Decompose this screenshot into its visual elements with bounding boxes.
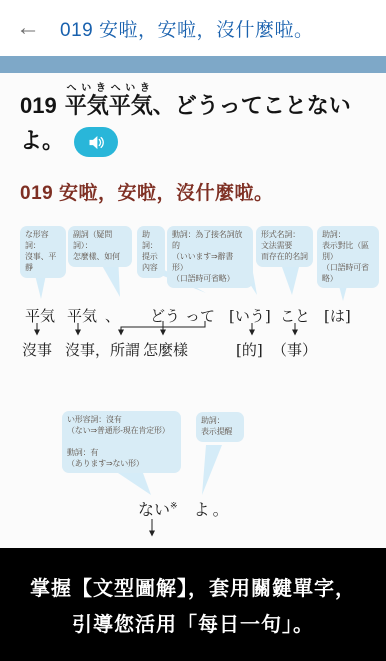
jp-word: 平気: [67, 305, 97, 326]
jp-word: よ: [194, 500, 210, 519]
audio-play-button[interactable]: [74, 127, 118, 157]
jp-word: こと: [280, 305, 310, 326]
sentence-block: 019平気へいき平気へいき、どうってことないよ。: [0, 73, 386, 158]
chinese-translation: 019 安啦，安啦，沒什麼啦。: [0, 178, 386, 205]
zh-word: [的]: [236, 339, 263, 360]
grammar-box: 助詞： 表示提醒: [196, 412, 244, 442]
jp-word: 、: [105, 305, 120, 326]
grammar-box: い形容詞：沒有 （ない⇒普通形-現在肯定形） 動詞：有 （あります⇒ない形）: [62, 411, 181, 473]
grammar-box: 助詞： 表示對比（區別） （口語時可省略）: [317, 226, 379, 288]
note-asterisk: ※: [170, 502, 178, 512]
ruby-word-2: 平気へいき: [109, 93, 153, 118]
sentence-number: 019: [20, 93, 57, 118]
zh-word: （事）: [272, 339, 317, 360]
ruby-word-1: 平気へいき: [65, 93, 109, 118]
zh-word: 沒事: [22, 339, 52, 360]
grammar-box: な形容詞： 沒事、平靜: [20, 226, 66, 277]
jp-word: って: [185, 305, 215, 326]
caption-line-2: 引導您活用「每日一句」。: [72, 608, 314, 637]
jp-word: 平気: [25, 305, 55, 326]
speaker-icon: [86, 132, 107, 153]
jp-word: どう: [150, 305, 180, 326]
grammar-box: 形式名詞： 文法需要 而存在的名詞: [256, 226, 313, 266]
jp-word: [は]: [324, 305, 351, 326]
grammar-box: 動詞：為了接名詞放的 （いいます⇒辭書形） （口語時可省略）: [167, 226, 253, 288]
jp-word: [いう]: [229, 305, 271, 326]
sentence-ending-row: ない※よ。: [138, 497, 229, 520]
jp-period: 。: [213, 500, 229, 519]
caption-bar: 掌握【文型圖解】，套用關鍵單字， 引導您活用「每日一句」。: [0, 548, 386, 661]
japanese-sentence: 019平気へいき平気へいき、どうってことないよ。: [20, 83, 368, 158]
jp-word: ない: [138, 500, 170, 519]
app-bar: ← 019 安啦，安啦，沒什麼啦。: [0, 0, 386, 56]
back-arrow-icon[interactable]: ←: [16, 16, 50, 40]
grammar-box: 助詞： 提示 內容: [137, 226, 165, 277]
caption-line-1: 掌握【文型圖解】，套用關鍵單字，: [30, 572, 356, 601]
zh-word: 沒事，所謂: [65, 339, 140, 360]
zh-word: 怎麼樣: [143, 339, 188, 360]
grammar-box: 副詞（疑問詞）： 怎麼樣、如何: [68, 226, 132, 266]
page-title: 019 安啦，安啦，沒什麼啦。: [60, 15, 313, 42]
sentence-pattern-diagram: な形容詞： 沒事、平靜 副詞（疑問詞）： 怎麼樣、如何 助詞： 提示 內容 動詞…: [0, 221, 386, 541]
header-divider-band: [0, 56, 386, 73]
